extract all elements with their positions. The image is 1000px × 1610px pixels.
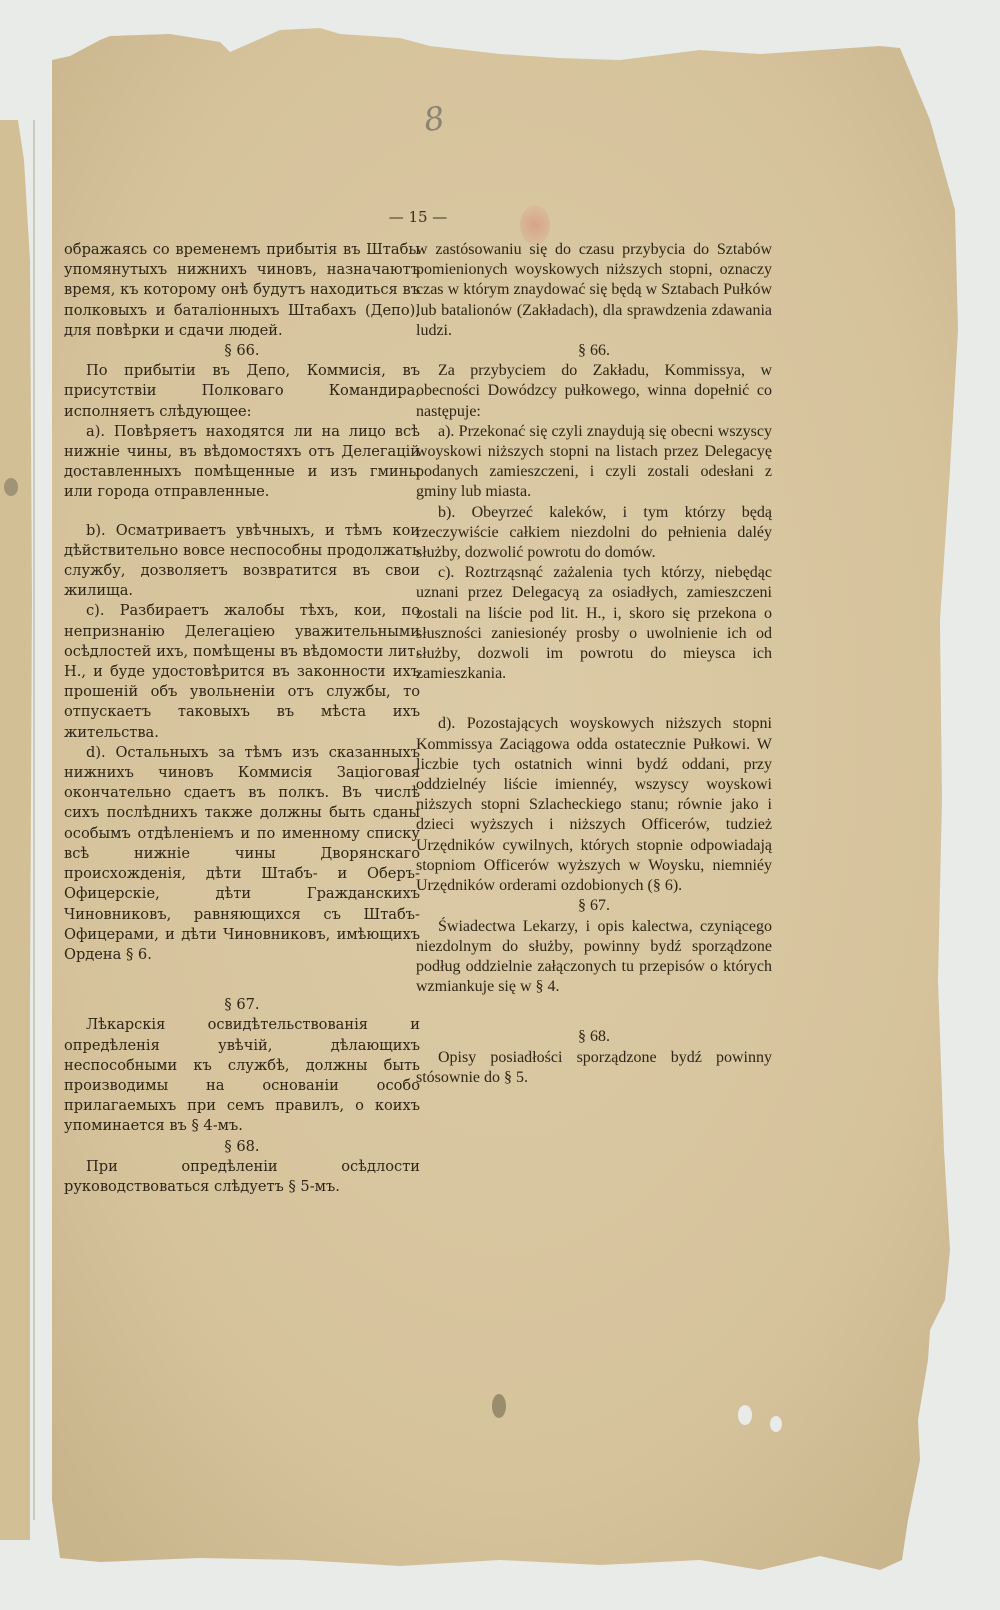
- paragraph: a). Przekonać się czyli znaydują się obe…: [416, 422, 772, 503]
- paper-hole: [738, 1405, 752, 1425]
- paragraph: c). Разбираетъ жалобы тѣхъ, кои, по непр…: [64, 601, 420, 742]
- paragraph: Świadectwa Lekarzy, i opis kalectwa, czy…: [416, 917, 772, 998]
- section-heading: § 68.: [416, 1027, 772, 1047]
- paper-hole: [770, 1416, 782, 1432]
- paragraph: a). Повѣряетъ находятся ли на лицо всѣ н…: [64, 422, 420, 503]
- paragraph: w zastósowaniu się do czasu przybycia do…: [416, 240, 772, 341]
- paragraph: b). Obeyrzeć kaleków, i tym którzy będą …: [416, 503, 772, 564]
- paragraph: Za przybyciem do Zakładu, Kommissya, w o…: [416, 361, 772, 422]
- polish-column: w zastósowaniu się do czasu przybycia do…: [416, 240, 772, 1088]
- russian-column: ображаясь со временемъ прибытія въ Штабы…: [64, 240, 420, 1197]
- ink-spot: [492, 1394, 506, 1418]
- fold-line: [33, 120, 35, 1520]
- section-heading: § 67.: [416, 896, 772, 916]
- section-heading: § 68.: [64, 1137, 420, 1157]
- section-heading: § 67.: [64, 995, 420, 1015]
- paragraph: b). Осматриваетъ увѣчныхъ, и тѣмъ кои дѣ…: [64, 521, 420, 602]
- section-heading: § 66.: [64, 341, 420, 361]
- paragraph: При опредѣленіи осѣдлости руководствоват…: [64, 1157, 420, 1197]
- paragraph: c). Roztrząsnąć zażalenia tych którzy, n…: [416, 563, 772, 684]
- paragraph: Opisy posiadłości sporządzone bydź powin…: [416, 1048, 772, 1088]
- section-heading: § 66.: [416, 341, 772, 361]
- paragraph: Лѣкарскія освидѣтельствованія и опредѣле…: [64, 1015, 420, 1136]
- ink-spot: [4, 478, 18, 496]
- page-number: — 15 —: [368, 208, 468, 226]
- paragraph: ображаясь со временемъ прибытія въ Штабы…: [64, 240, 420, 341]
- paragraph: d). Pozostających woyskowych niższych st…: [416, 714, 772, 896]
- red-stain: [520, 205, 550, 245]
- paragraph: d). Остальныхъ за тѣмъ изъ сказанныхъ ни…: [64, 743, 420, 965]
- paragraph: По прибытіи въ Депо, Коммисія, въ присут…: [64, 361, 420, 422]
